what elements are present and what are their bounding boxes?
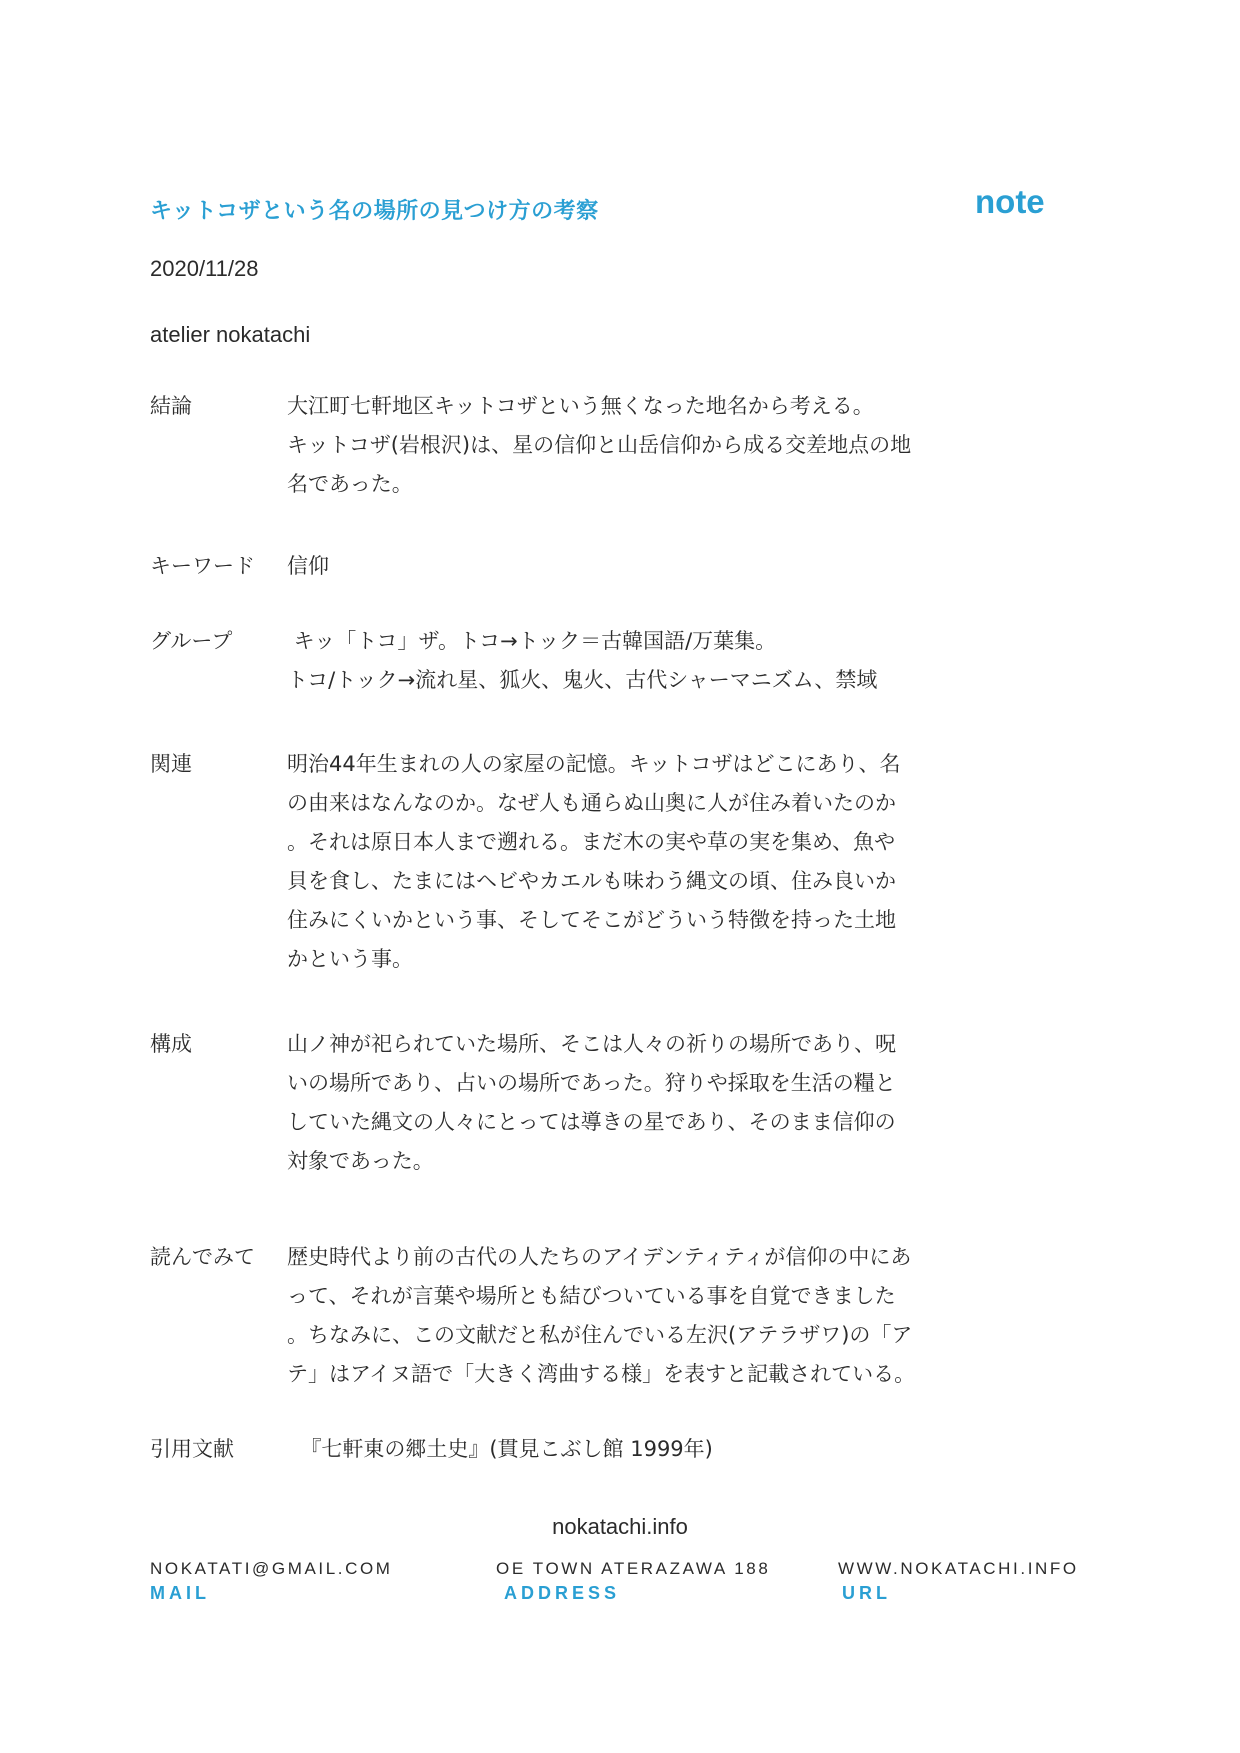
section-label: キーワード [150,547,255,586]
body-line: トコ/トック→流れ星、狐火、鬼火、古代シャーマニズム、禁域 [287,661,987,700]
section-label: 結論 [150,387,192,426]
contact-url-value[interactable]: WWW.NOKATACHI.INFO [838,1559,1079,1579]
section-body: 大江町七軒地区キットコザという無くなった地名から考える。 キットコザ(岩根沢)は… [287,387,987,504]
body-line: 信仰 [287,547,987,586]
body-line: キットコザ(岩根沢)は、星の信仰と山岳信仰から成る交差地点の地 [287,426,987,465]
contact-address: OE TOWN ATERAZAWA 188 ADDRESS [496,1559,770,1604]
section-body: 明治44年生まれの人の家屋の記憶。キットコザはどこにあり、名 の由来はなんなのか… [287,745,987,979]
body-line: 大江町七軒地区キットコザという無くなった地名から考える。 [287,387,987,426]
body-line: 『七軒東の郷土史』(貫見こぶし館 1999年) [287,1430,987,1469]
contact-address-label: ADDRESS [496,1583,770,1604]
body-line: テ」はアイヌ語で「大きく湾曲する様」を表すと記載されている。 [287,1355,987,1394]
body-line: 明治44年生まれの人の家屋の記憶。キットコザはどこにあり、名 [287,745,987,784]
body-line: 。ちなみに、この文献だと私が住んでいる左沢(アテラザワ)の「ア [287,1316,987,1355]
body-line: 名であった。 [287,465,987,504]
contact-url: WWW.NOKATACHI.INFO URL [838,1559,1079,1604]
body-line: 。それは原日本人まで遡れる。まだ木の実や草の実を集め、魚や [287,823,987,862]
section-label: 構成 [150,1025,192,1064]
contact-mail-label: MAIL [150,1583,393,1604]
section-body: 信仰 [287,547,987,586]
contact-url-label: URL [838,1583,1079,1604]
body-line: いの場所であり、占いの場所であった。狩りや採取を生活の糧と [287,1064,987,1103]
section-body: 『七軒東の郷土史』(貫見こぶし館 1999年) [287,1430,987,1469]
publish-date: 2020/11/28 [150,256,258,282]
article-title: キットコザという名の場所の見つけ方の考察 [150,194,599,225]
note-logo: note [975,183,1045,221]
body-line: 住みにくいかという事、そしてそこがどういう特徴を持った土地 [287,901,987,940]
section-body: キッ「トコ」ザ。トコ→トック＝古韓国語/万葉集。 トコ/トック→流れ星、狐火、鬼… [287,622,987,700]
section-body: 歴史時代より前の古代の人たちのアイデンティティが信仰の中にあ って、それが言葉や… [287,1238,987,1394]
body-line: 歴史時代より前の古代の人たちのアイデンティティが信仰の中にあ [287,1238,987,1277]
section-body: 山ノ神が祀られていた場所、そこは人々の祈りの場所であり、呪 いの場所であり、占い… [287,1025,987,1181]
body-line: キッ「トコ」ザ。トコ→トック＝古韓国語/万葉集。 [287,622,987,661]
section-label: 引用文献 [150,1430,234,1469]
document-page: キットコザという名の場所の見つけ方の考察 note 2020/11/28 ate… [0,0,1240,1753]
body-line: かという事。 [287,940,987,979]
contact-address-value: OE TOWN ATERAZAWA 188 [496,1559,770,1579]
footer-site-link[interactable]: nokatachi.info [0,1514,1240,1540]
section-label: 読んでみて [150,1238,255,1277]
body-line: 山ノ神が祀られていた場所、そこは人々の祈りの場所であり、呪 [287,1025,987,1064]
section-label: 関連 [150,745,192,784]
section-label: グループ [150,622,232,661]
body-line: していた縄文の人々にとっては導きの星であり、そのまま信仰の [287,1103,987,1142]
contact-mail: NOKATATI@GMAIL.COM MAIL [150,1559,393,1604]
body-line: 貝を食し、たまにはヘビやカエルも味わう縄文の頃、住み良いか [287,862,987,901]
contact-mail-value[interactable]: NOKATATI@GMAIL.COM [150,1559,393,1579]
body-line: 対象であった。 [287,1142,987,1181]
author-name: atelier nokatachi [150,322,310,348]
body-line: って、それが言葉や場所とも結びついている事を自覚できました [287,1277,987,1316]
body-line: の由来はなんなのか。なぜ人も通らぬ山奥に人が住み着いたのか [287,784,987,823]
